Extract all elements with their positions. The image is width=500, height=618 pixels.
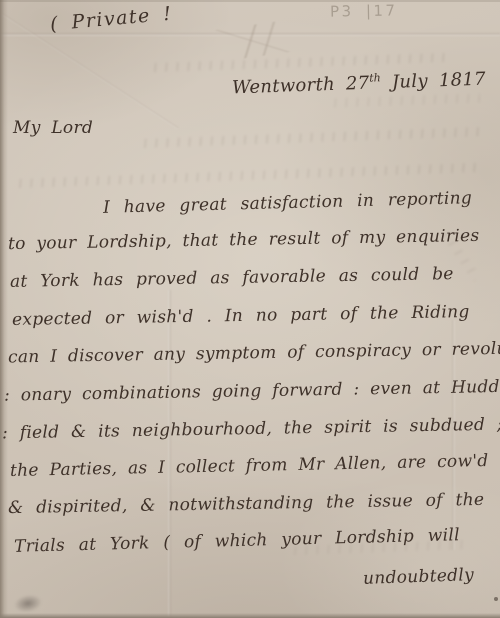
private-annotation: ( Private !	[49, 3, 173, 36]
body-line: can I discover any symptom of conspiracy…	[8, 339, 500, 368]
body-line: : onary combinations going forward : eve…	[4, 376, 500, 405]
body-line: at York has proved as favorable as could…	[10, 264, 454, 292]
page-edge	[0, 613, 500, 618]
page-edge	[0, 0, 8, 618]
salutation: My Lord	[13, 118, 93, 138]
dateline-ordinal: th	[369, 71, 381, 84]
page-edge	[0, 0, 500, 2]
ink-dot	[494, 597, 498, 601]
body-line: : field & its neighbourhood, the spirit …	[2, 415, 500, 444]
ink-bleedthrough	[140, 127, 485, 148]
letter-page: ( Private ! P3 |17 Wentworth 27th July 1…	[0, 0, 500, 618]
ink-bleedthrough	[330, 93, 480, 107]
catchword: undoubtedly	[363, 565, 475, 589]
faded-ink-mark	[203, 19, 302, 64]
body-line: the Parties, as I collect from Mr Allen,…	[10, 451, 489, 481]
ink-bleedthrough	[150, 53, 450, 72]
body-line: Trials at York ( of which your Lordship …	[14, 525, 460, 557]
dateline-place-day: Wentworth 27	[232, 73, 370, 99]
ink-bleedthrough	[15, 163, 480, 188]
smudge-mark	[13, 593, 44, 615]
body-line: to your Lordship, that the result of my …	[8, 226, 480, 254]
dateline-month-year: July 1817	[381, 69, 487, 94]
body-line: & dispirited, & notwithstanding the issu…	[8, 490, 485, 518]
fold-crease	[168, 290, 171, 618]
body-line: I have great satisfaction in reporting	[103, 188, 472, 218]
archive-pencil-mark: P3 |17	[330, 1, 398, 20]
body-line: expected or wish'd . In no part of the R…	[12, 302, 470, 330]
